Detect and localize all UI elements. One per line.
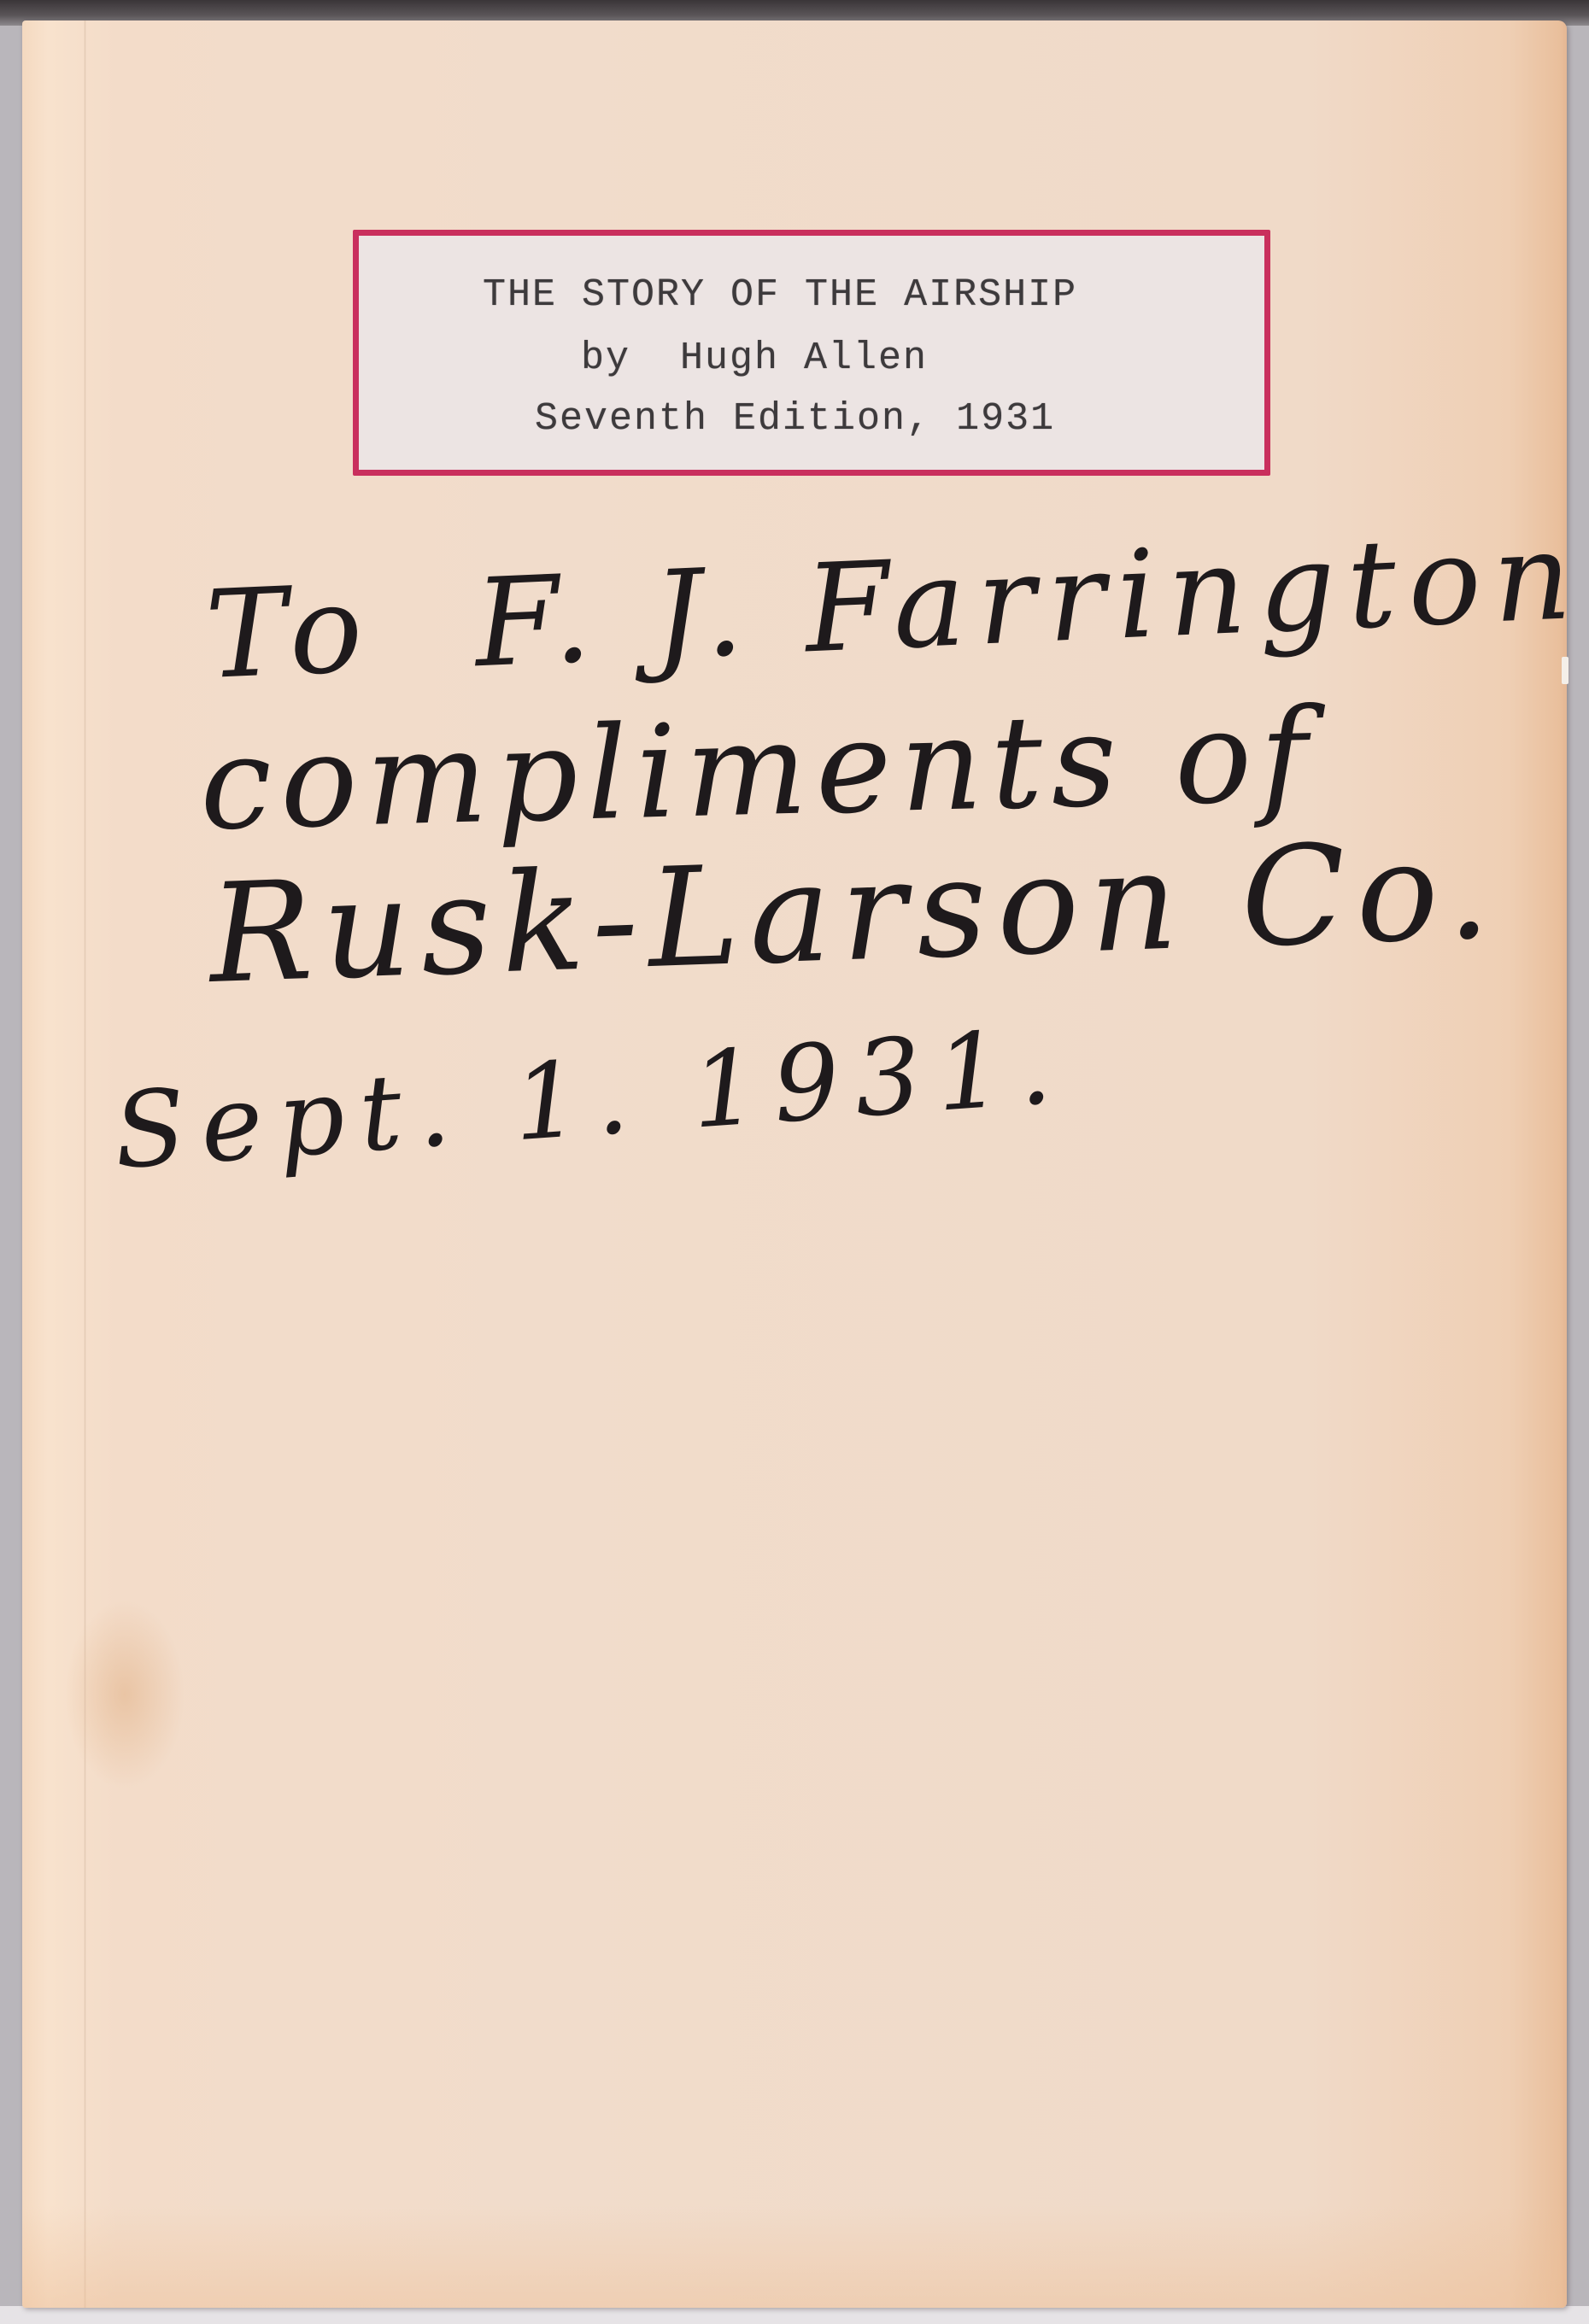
book-title: THE STORY OF THE AIRSHIP [483,276,1077,314]
book-author: by Hugh Allen [581,339,928,378]
inscription-recipient: To F. J. Farrington [203,516,1586,697]
scan-backdrop-bottom [0,2306,1589,2324]
booklet-cover: THE STORY OF THE AIRSHIP by Hugh Allen S… [22,20,1567,2308]
inscription-sender: Rusk-Larson Co. [207,821,1502,1003]
inscription-date: Sept. 1. 1931. [110,1013,1070,1184]
edge-chip [1562,657,1568,684]
spine-fold [84,20,86,2308]
title-label: THE STORY OF THE AIRSHIP by Hugh Allen S… [353,230,1270,476]
book-edition: Seventh Edition, 1931 [535,400,1055,438]
